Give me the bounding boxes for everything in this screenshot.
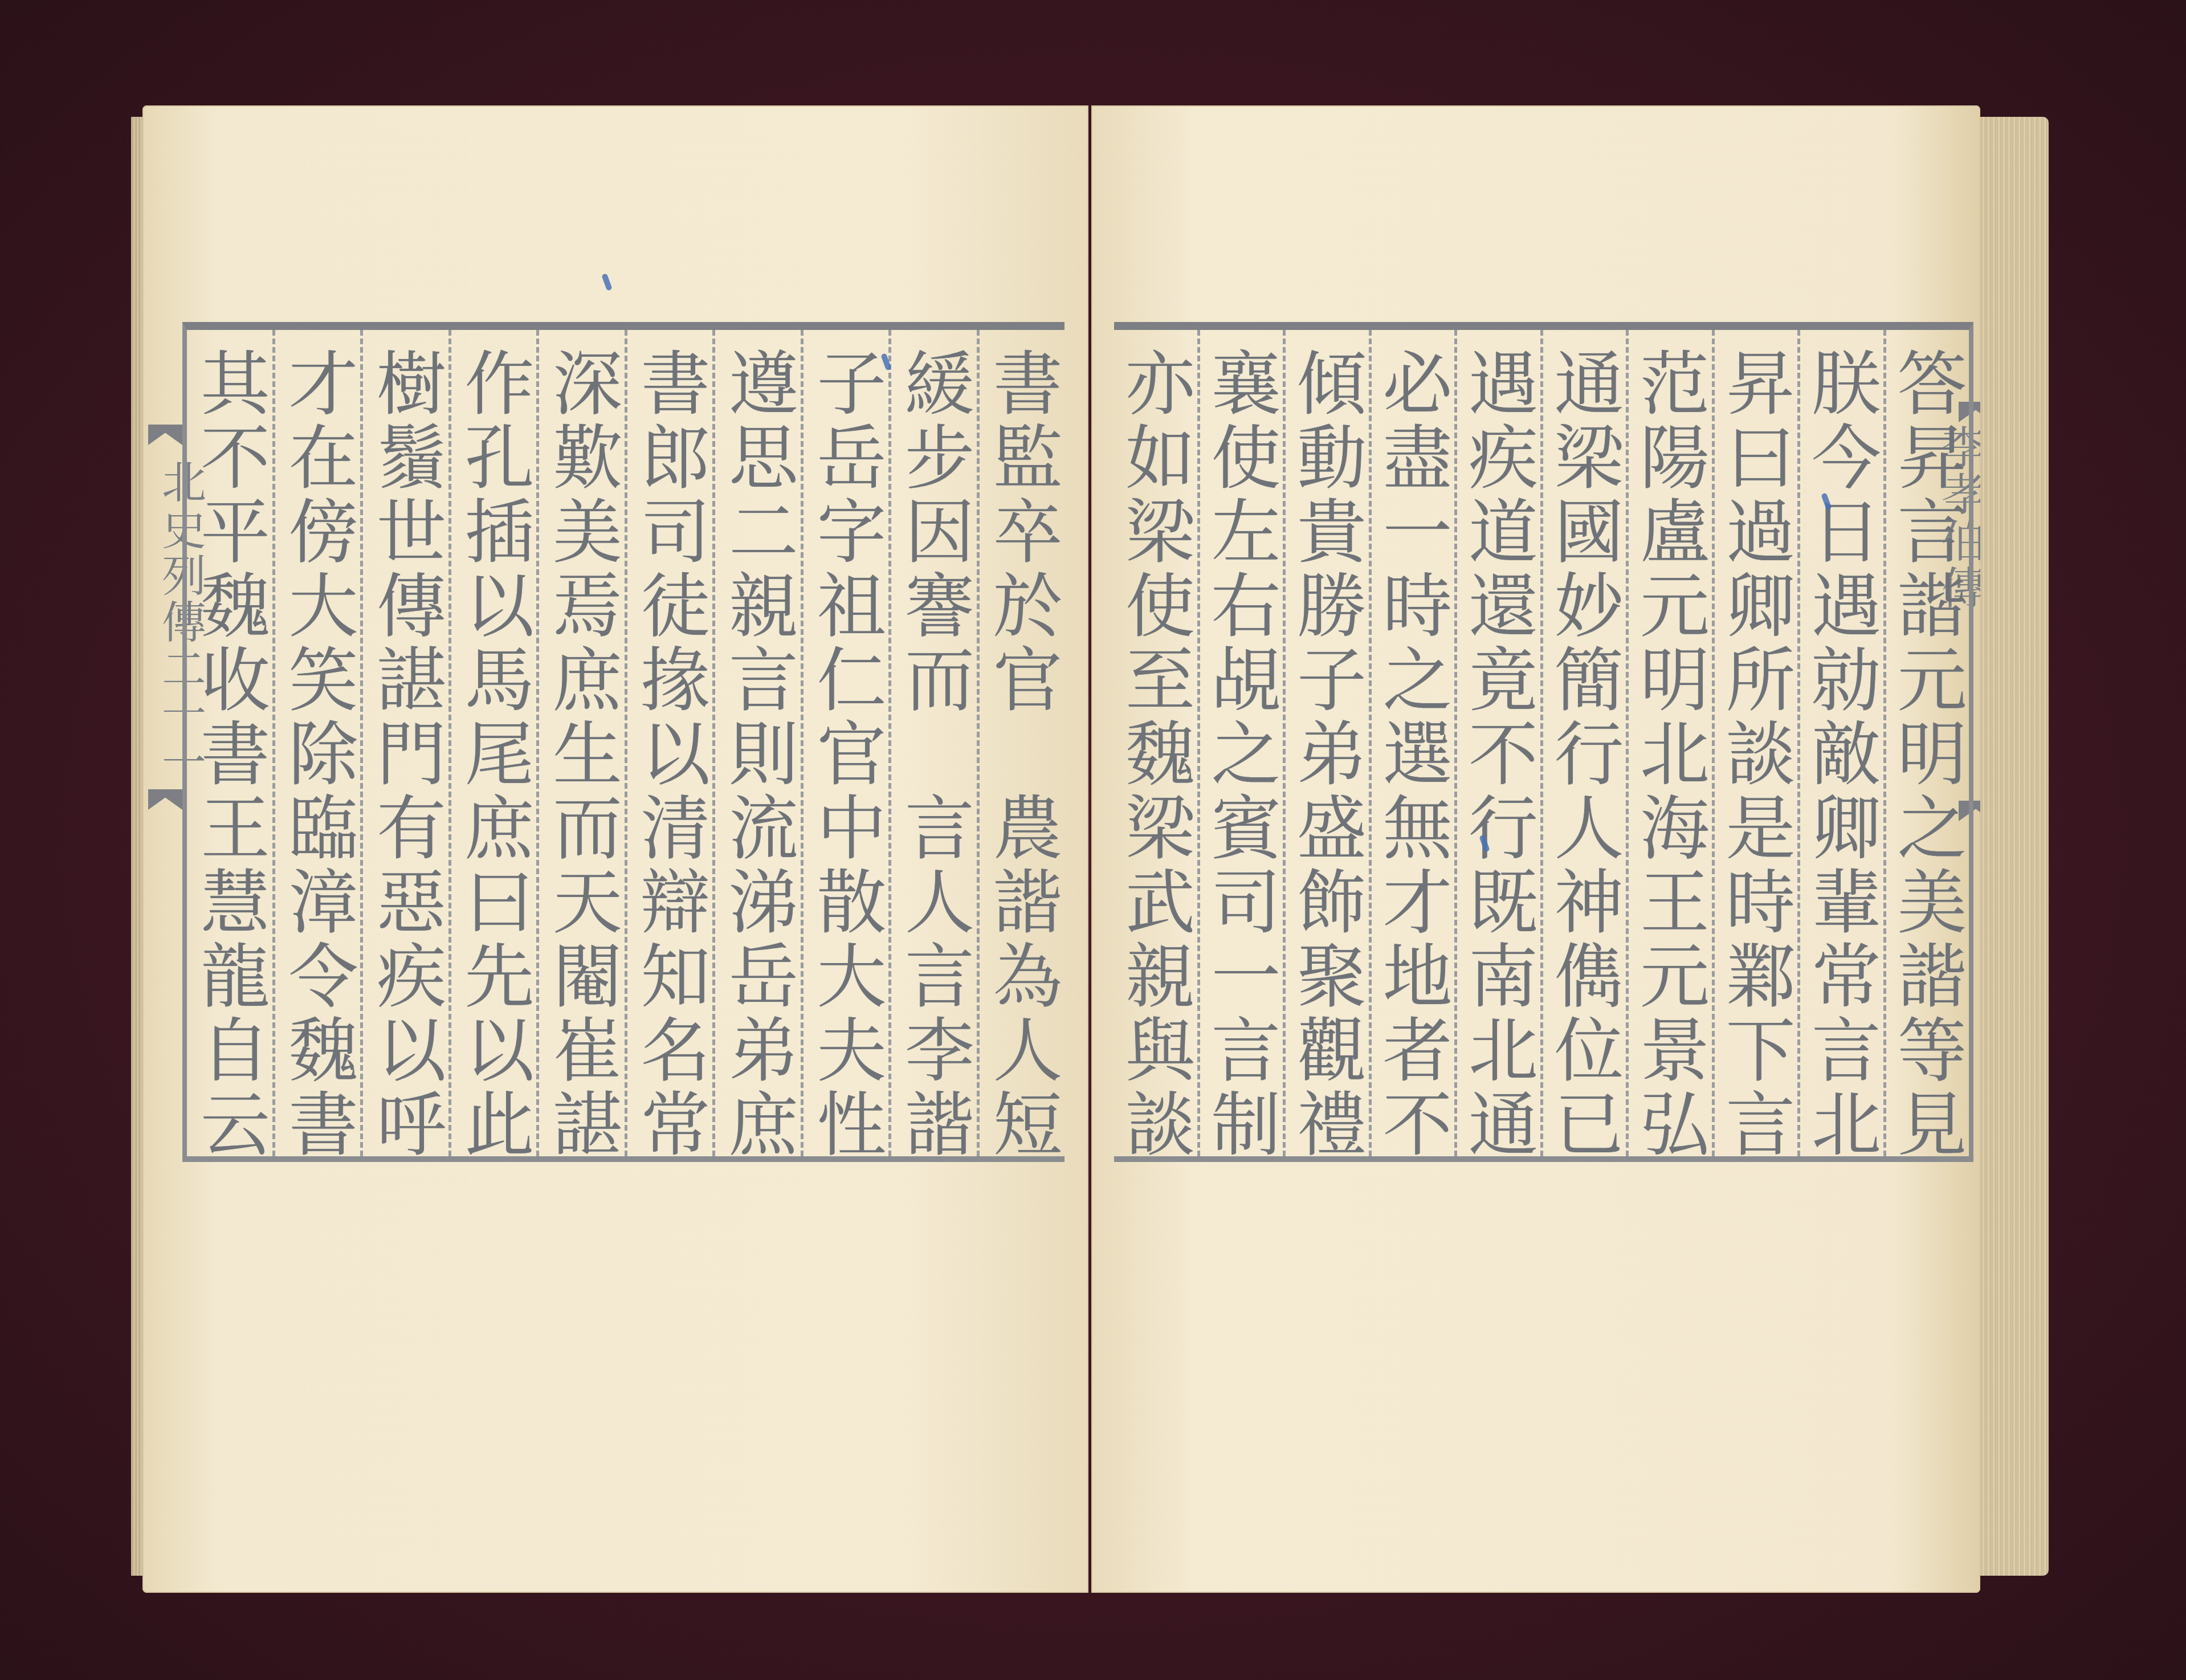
right-text-frame: 答昇言諧元明之美諧等見及出梁武目送之謂左右曰 朕今日遇勍敵卿輩常言北間都無人物此… xyxy=(1114,322,1973,1162)
open-book: 北史列傳二十一 書監卒於官 農諧為人短小六指因瘻而舉頤因跛而 緩步因謇而 言人言… xyxy=(142,94,2063,1610)
text-column: 必盡一時之選無才地者不得與焉梁使每入鄴下為之 xyxy=(1369,330,1455,1156)
left-page: 北史列傳二十一 書監卒於官 農諧為人短小六指因瘻而舉頤因跛而 緩步因謇而 言人言… xyxy=(142,105,1088,1593)
text-column: 襄使左右覘之賓司一言制勝文襄為之拊掌魏使至梁 xyxy=(1197,330,1283,1156)
left-columns: 書監卒於官 農諧為人短小六指因瘻而舉頤因跛而 緩步因謇而 言人言李諧善用三短文集… xyxy=(187,330,1065,1156)
text-column: 朕今日遇勍敵卿輩常言北間都無人物此等何處來謂 xyxy=(1797,330,1883,1156)
text-column: 書監卒於官 農諧為人短小六指因瘻而舉頤因跛而 xyxy=(977,330,1065,1156)
text-column: 書郎司徒掾以清辯知名常攝賓司接對梁客梁客徐陵 xyxy=(625,330,713,1156)
right-columns: 答昇言諧元明之美諧等見及出梁武目送之謂左右曰 朕今日遇勍敵卿輩常言北間都無人物此… xyxy=(1114,330,1969,1156)
text-column: 深歎美焉庶生而天閹崔諶調之曰教弟種鬚以錐徧刺 xyxy=(536,330,625,1156)
text-column: 作孔插以馬尾庶曰先以此方回施貴族藝眉有効然後 xyxy=(448,330,537,1156)
text-column: 才在傍大笑除臨漳令魏書之出庶與盧斐王松年等訟 xyxy=(272,330,361,1156)
text-column: 遵思二親言則流涕岳弟庶字方雅好學甚有家風歷位尚 xyxy=(712,330,801,1156)
text-column: 昇曰過卿所談是時鄴下言風流者以諧及隴西李神儁 xyxy=(1712,330,1798,1156)
right-page-edges xyxy=(1980,117,2049,1576)
text-column: 子岳字祖仁官中散大夫性純至居喪慘悴曾聽婢過前 xyxy=(801,330,889,1156)
text-column: 亦如梁使至魏梁武親與談說甚相愛重諧使還後遷秘 xyxy=(1114,330,1197,1156)
text-column: 其不平魏收書王慧龍自云太原人又書王瓊不善事以 xyxy=(187,330,272,1156)
text-column: 通梁國妙簡行人神儁位已高故諧等五人繼踵而遵彥 xyxy=(1540,330,1626,1156)
text-column: 遇疾道還竟不行既南北通好務以俊乂相矜銜命接客 xyxy=(1454,330,1540,1156)
left-text-frame: 書監卒於官 農諧為人短小六指因瘻而舉頤因跛而 緩步因謇而 言人言李諧善用三短文集… xyxy=(182,322,1065,1162)
text-column: 樹鬚世傳諶門有惡疾以呼沲為墓田故庶言及之邢子 xyxy=(360,330,448,1156)
right-page: 李孝伯傳 答昇言諧元明之美諧等見及出梁武目送之謂左右曰 朕今日遇勍敵卿輩常言北間… xyxy=(1091,105,1980,1593)
text-column: 答昇言諧元明之美諧等見及出梁武目送之謂左右曰 xyxy=(1883,330,1969,1156)
text-column: 范陽盧元明北海王元景弘農楊遵彥清河崔贍為首初 xyxy=(1626,330,1712,1156)
fishtail-mark-bottom xyxy=(148,789,182,810)
fishtail-mark-top xyxy=(148,425,182,445)
text-column: 傾動貴勝子弟盛飾聚觀禮贈優渥館門成市宴日齊文 xyxy=(1283,330,1369,1156)
text-column: 緩步因謇而 言人言李諧善用三短文集十餘卷諧長 xyxy=(888,330,977,1156)
